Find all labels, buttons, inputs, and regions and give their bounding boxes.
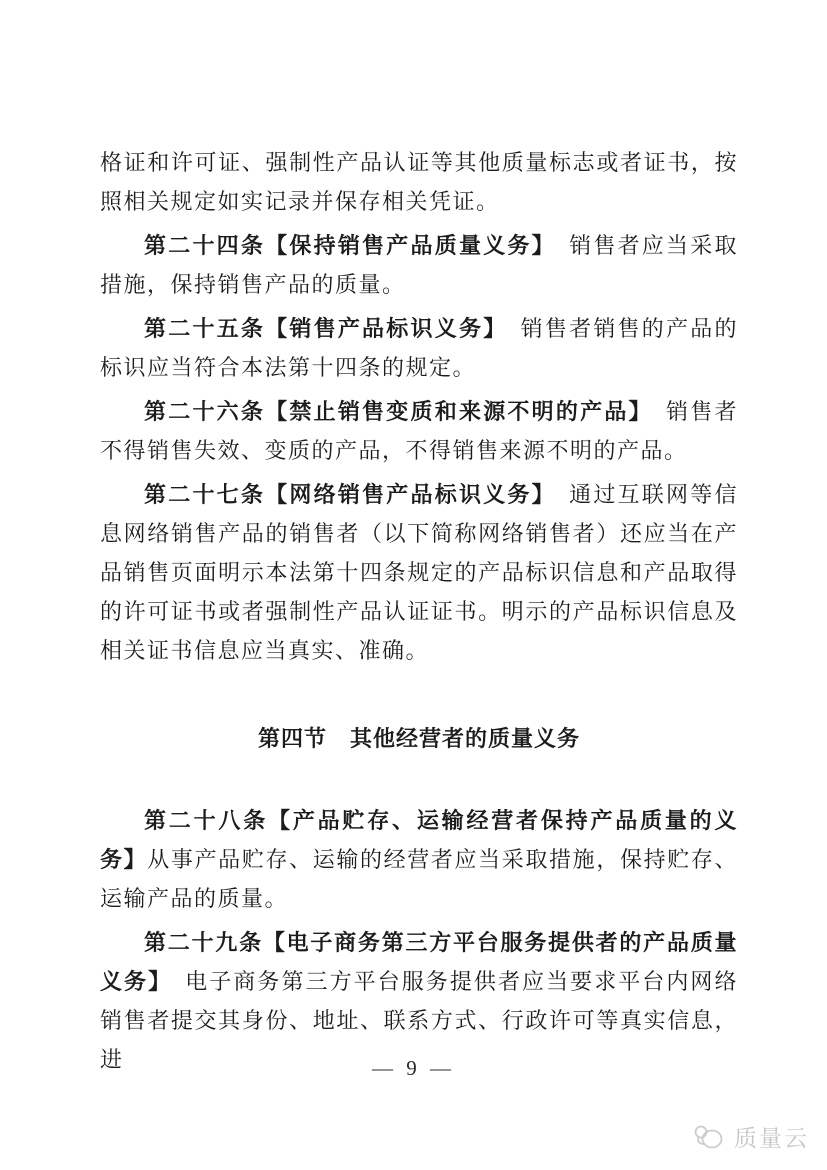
paragraph: 格证和许可证、强制性产品认证等其他质量标志或者证书，按照相关规定如实记录并保存相…: [100, 143, 738, 221]
section-heading: 第四节 其他经营者的质量义务: [100, 722, 738, 753]
page-number: — 9 —: [0, 1056, 827, 1081]
article-title: 第二十六条【禁止销售变质和来源不明的产品】: [144, 399, 642, 424]
article-title: 第二十五条【销售产品标识义务】: [144, 316, 496, 341]
paragraph: 第二十七条【网络销售产品标识义务】 通过互联网等信息网络销售产品的销售者（以下简…: [100, 475, 738, 670]
article-text: 通过互联网等信息网络销售产品的销售者（以下简称网络销售者）还应当在产品销售页面明…: [100, 482, 738, 663]
paragraph: 第二十六条【禁止销售变质和来源不明的产品】 销售者不得销售失效、变质的产品，不得…: [100, 392, 738, 470]
paragraph: 第二十八条【产品贮存、运输经营者保持产品质量的义务】从事产品贮存、运输的经营者应…: [100, 801, 738, 918]
article-text: 格证和许可证、强制性产品认证等其他质量标志或者证书，按照相关规定如实记录并保存相…: [100, 150, 738, 214]
quality-cloud-logo-icon: [691, 1123, 727, 1151]
paragraph: 第二十四条【保持销售产品质量义务】 销售者应当采取措施，保持销售产品的质量。: [100, 226, 738, 304]
paragraph: 第二十五条【销售产品标识义务】 销售者销售的产品的标识应当符合本法第十四条的规定…: [100, 309, 738, 387]
watermark-text: 质量云: [734, 1120, 809, 1153]
document-page: 格证和许可证、强制性产品认证等其他质量标志或者证书，按照相关规定如实记录并保存相…: [0, 0, 827, 1170]
watermark: 质量云: [691, 1120, 809, 1153]
article-text: 从事产品贮存、运输的经营者应当采取措施，保持贮存、运输产品的质量。: [100, 847, 738, 911]
article-title: 第二十七条【网络销售产品标识义务】: [144, 482, 545, 507]
article-title: 第二十四条【保持销售产品质量义务】: [144, 233, 545, 258]
document-body: 格证和许可证、强制性产品认证等其他质量标志或者证书，按照相关规定如实记录并保存相…: [100, 138, 738, 1084]
